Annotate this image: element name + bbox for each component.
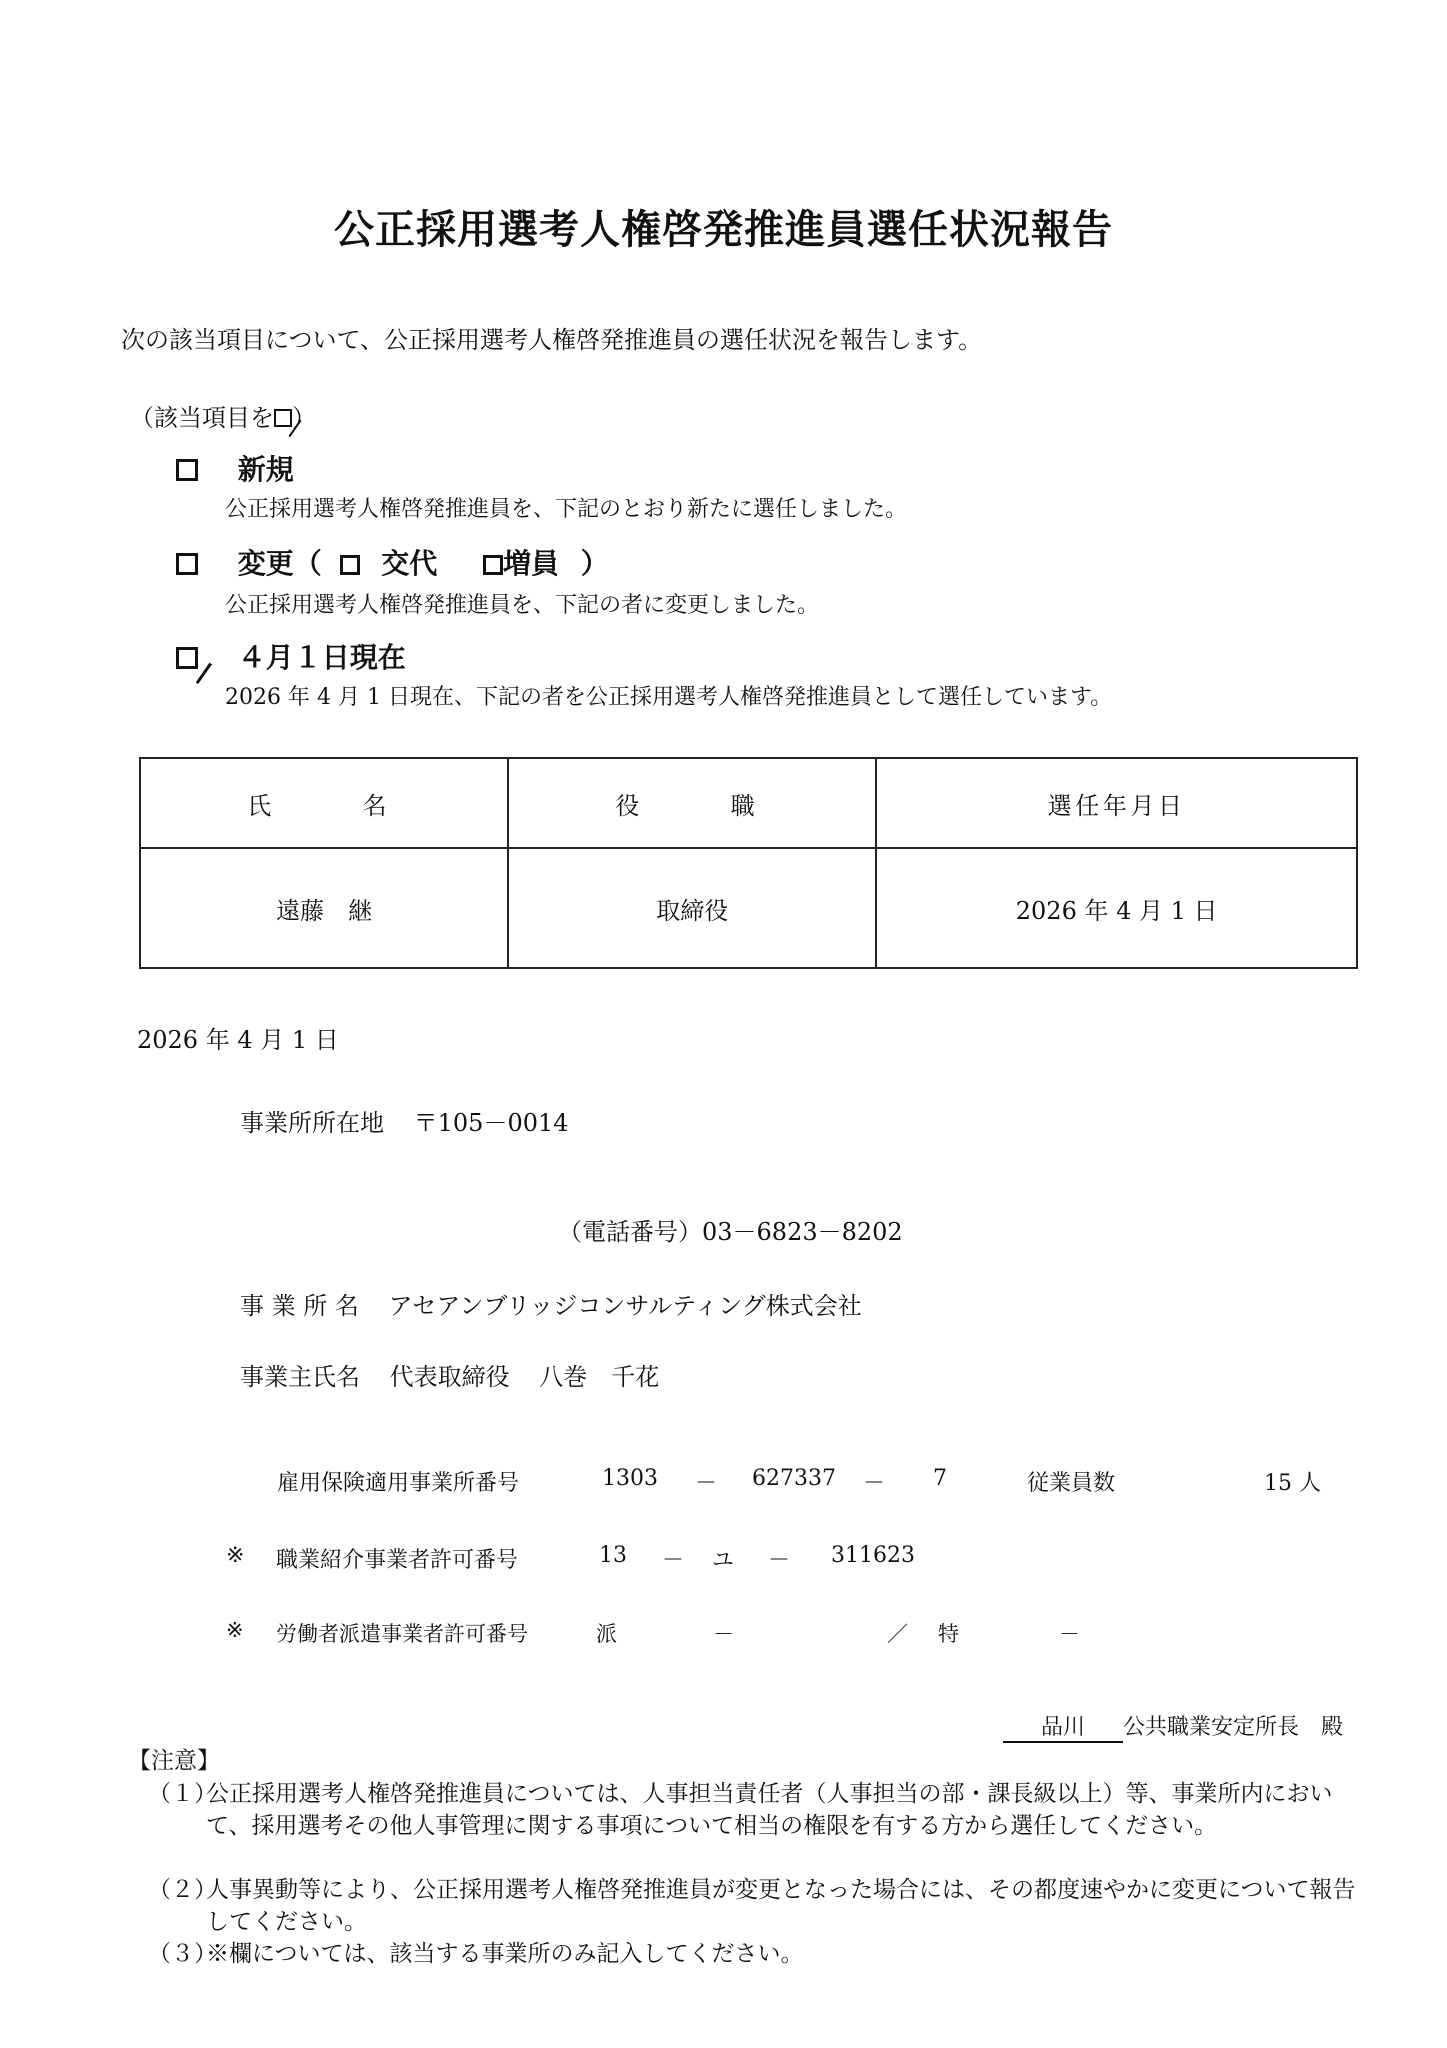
dispatch-mark: ※ [226, 1618, 244, 1642]
note-number: （３） [148, 1938, 217, 1970]
placement-mark: ※ [226, 1543, 244, 1568]
note-text: ※欄については、該当する事業所のみ記入してください。 [148, 1938, 1363, 1970]
placement-label: 職業紹介事業者許可番号 [276, 1543, 518, 1574]
sub-option-increase-checkbox[interactable] [483, 555, 503, 575]
option-new-description: 公正採用選考人権啓発推進員を、下記のとおり新たに選任しました。 [225, 492, 907, 523]
note-number: （２） [148, 1874, 217, 1906]
office-phone: （電話番号）03－6823－8202 [558, 1212, 903, 1247]
notes-heading: 【注意】 [128, 1745, 220, 1777]
dispatch-ha: 派 [596, 1618, 617, 1648]
office-name-label: 事 業 所 名 [240, 1292, 359, 1320]
dispatch-permit-row: ※ 労働者派遣事業者許可番号 派 － ／ 特 － [226, 1618, 244, 1642]
option-change-description: 公正採用選考人権啓発推進員を、下記の者に変更しました。 [225, 588, 819, 619]
placement-permit-row: ※ 職業紹介事業者許可番号 13 － ユ － 311623 [226, 1543, 244, 1568]
insurance-dash-2: － [863, 1466, 885, 1497]
appointee-table: 氏 名 役 職 選任年月日 遠藤 継 取締役 2026 年 4 月 1 日 [139, 757, 1358, 969]
note-item-3: （３） ※欄については、該当する事業所のみ記入してください。 [148, 1938, 1363, 1970]
sub-option-replace-checkbox[interactable] [340, 555, 360, 575]
option-april1-label: ４月１日現在 [238, 641, 406, 674]
sub-option-replace-label: 交代 [381, 547, 437, 580]
insurance-part-1: 1303 [602, 1466, 658, 1491]
employees-label: 従業員数 [1027, 1466, 1115, 1497]
option-change-label: 変更（ [238, 547, 322, 580]
option-change-checkbox[interactable] [176, 553, 198, 575]
office-owner-label: 事業主氏名 [240, 1363, 360, 1391]
insurance-number-row: 雇用保険適用事業所番号 1303 － 627337 － 7 従業員数 15 人 [277, 1466, 519, 1497]
placement-part-3: 311623 [831, 1543, 915, 1568]
note-number: （１） [148, 1778, 217, 1810]
option-new: 新規 [176, 448, 294, 488]
insurance-dash-1: － [695, 1466, 717, 1497]
option-april1: ４月１日現在 [176, 636, 406, 676]
dispatch-slash: ／ [887, 1618, 908, 1648]
table-row: 遠藤 継 取締役 2026 年 4 月 1 日 [140, 848, 1357, 968]
intro-text: 次の該当項目について、公正採用選考人権啓発推進員の選任状況を報告します。 [121, 320, 982, 355]
sub-option-increase-label: 増員 [503, 547, 559, 580]
note-item-2: （２） 人事異動等により、公正採用選考人権啓発推進員が変更となった場合には、その… [148, 1874, 1363, 1938]
office-owner: 事業主氏名 代表取締役 八巻 千花 [240, 1357, 659, 1392]
note-text: 公正採用選考人権啓発推進員については、人事担当責任者（人事担当の部・課長級以上）… [148, 1778, 1363, 1842]
header-name: 氏 名 [140, 758, 508, 848]
dispatch-toku: 特 [938, 1618, 959, 1648]
instruction: （該当項目を） [130, 398, 316, 433]
header-position: 役 職 [508, 758, 876, 848]
office-phone-label: （電話番号） [558, 1218, 702, 1246]
header-appointment-date: 選任年月日 [876, 758, 1357, 848]
document-title: 公正採用選考人権啓発推進員選任状況報告 [0, 198, 1447, 255]
dispatch-dash-2: － [1059, 1618, 1080, 1648]
insurance-part-2: 627337 [752, 1466, 836, 1491]
option-april1-checkbox[interactable] [176, 647, 198, 669]
placement-part-1: 13 [599, 1543, 627, 1568]
addressee-office: 品川 [1003, 1710, 1123, 1743]
option-april1-description: 2026 年 4 月 1 日現在、下記の者を公正採用選考人権啓発推進員として選任… [225, 680, 1112, 711]
dispatch-dash-1: － [713, 1618, 734, 1648]
note-text: 人事異動等により、公正採用選考人権啓発推進員が変更となった場合には、その都度速や… [148, 1874, 1363, 1938]
cell-name: 遠藤 継 [140, 848, 508, 968]
office-name-value: アセアンブリッジコンサルティング株式会社 [389, 1292, 862, 1320]
addressee: 品川公共職業安定所長 殿 [1003, 1710, 1343, 1743]
table-header-row: 氏 名 役 職 選任年月日 [140, 758, 1357, 848]
placement-dash-1: － [662, 1543, 684, 1574]
cell-appointment-date: 2026 年 4 月 1 日 [876, 848, 1357, 968]
note-item-1: （１） 公正採用選考人権啓発推進員については、人事担当責任者（人事担当の部・課長… [148, 1778, 1363, 1842]
office-phone-value: 03－6823－8202 [702, 1218, 903, 1246]
insurance-label: 雇用保険適用事業所番号 [277, 1471, 519, 1496]
dispatch-label: 労働者派遣事業者許可番号 [276, 1618, 528, 1648]
employees-value: 15 人 [1264, 1466, 1321, 1497]
placement-part-2: ユ [712, 1543, 734, 1574]
office-address-label: 事業所所在地 [240, 1109, 384, 1137]
report-date: 2026 年 4 月 1 日 [137, 1020, 339, 1055]
office-owner-name: 八巻 千花 [539, 1363, 659, 1391]
placement-dash-2: － [768, 1543, 790, 1574]
instruction-prefix: （該当項目を [130, 404, 274, 432]
office-name: 事 業 所 名 アセアンブリッジコンサルティング株式会社 [240, 1286, 862, 1321]
checkbox-checked-icon [274, 409, 292, 427]
insurance-part-3: 7 [933, 1466, 947, 1491]
addressee-suffix: 公共職業安定所長 殿 [1123, 1715, 1343, 1740]
option-change: 変更（ 交代 増員 ） [176, 542, 609, 582]
cell-position: 取締役 [508, 848, 876, 968]
option-new-label: 新規 [238, 453, 294, 486]
option-change-close: ） [581, 547, 609, 580]
option-new-checkbox[interactable] [176, 459, 198, 481]
office-owner-title: 代表取締役 [390, 1363, 510, 1391]
office-postal-code: 〒105－0014 [414, 1109, 569, 1137]
office-address: 事業所所在地 〒105－0014 [240, 1103, 569, 1138]
